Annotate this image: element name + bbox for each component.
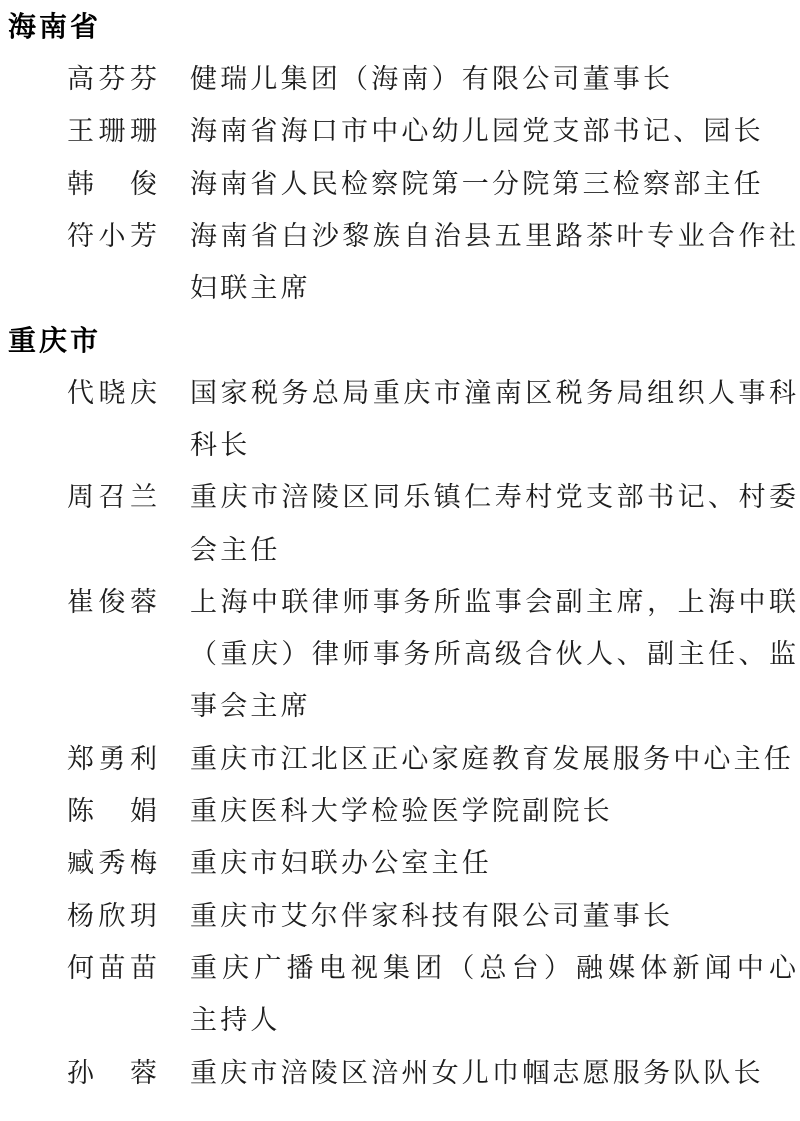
person-title-line: （重庆）律师事务所高级合伙人、副主任、监 (190, 639, 796, 670)
person-title-line: 重庆市涪陵区同乐镇仁寿村党支部书记、村委 (190, 482, 796, 513)
person-name: 周召兰 (67, 484, 157, 511)
person-title-line: 重庆市妇联办公室主任 (190, 848, 796, 879)
list-row: 主持人 (0, 995, 800, 1047)
person-name: 代晓庆 (67, 380, 157, 407)
list-row: 崔俊蓉上海中联律师事务所监事会副主席，上海中联 (0, 576, 800, 628)
person-name: 杨欣玥 (67, 903, 157, 930)
person-name: 王珊珊 (67, 118, 157, 145)
person-name: 韩俊 (67, 171, 157, 198)
person-title-line: 会主任 (190, 535, 796, 566)
person-name: 陈娟 (67, 798, 157, 825)
list-row: 妇联主席 (0, 262, 800, 314)
province-header: 重庆市 (8, 327, 101, 355)
person-title-line: 事会主席 (190, 691, 796, 722)
list-row: 陈娟重庆医科大学检验医学院副院长 (0, 785, 800, 837)
person-title-line: 重庆市涪陵区涪州女儿巾帼志愿服务队队长 (190, 1058, 796, 1089)
person-title-line: 主持人 (190, 1005, 796, 1036)
person-name: 郑勇利 (67, 746, 157, 773)
document-page: 海南省高芬芬健瑞儿集团（海南）有限公司董事长王珊珊海南省海口市中心幼儿园党支部书… (0, 0, 800, 1121)
list-row: 符小芳海南省白沙黎族自治县五里路茶叶专业合作社 (0, 210, 800, 262)
person-name: 崔俊蓉 (67, 589, 157, 616)
province-header: 海南省 (8, 13, 101, 41)
section-row: 重庆市 (0, 315, 800, 367)
list-row: 臧秀梅重庆市妇联办公室主任 (0, 838, 800, 890)
list-row: 会主任 (0, 524, 800, 576)
list-row: 韩俊海南省人民检察院第一分院第三检察部主任 (0, 158, 800, 210)
list-row: 孙蓉重庆市涪陵区涪州女儿巾帼志愿服务队队长 (0, 1047, 800, 1099)
person-title-line: 科长 (190, 430, 796, 461)
person-title-line: 健瑞儿集团（海南）有限公司董事长 (190, 64, 796, 95)
list-row: 代晓庆国家税务总局重庆市潼南区税务局组织人事科 (0, 367, 800, 419)
person-name: 臧秀梅 (67, 850, 157, 877)
list-row: 何苗苗重庆广播电视集团（总台）融媒体新闻中心 (0, 942, 800, 994)
person-title-line: 海南省海口市中心幼儿园党支部书记、园长 (190, 116, 796, 147)
honor-roll-list: 海南省高芬芬健瑞儿集团（海南）有限公司董事长王珊珊海南省海口市中心幼儿园党支部书… (0, 1, 800, 1099)
person-name: 孙蓉 (67, 1060, 157, 1087)
person-title-line: 上海中联律师事务所监事会副主席，上海中联 (190, 587, 796, 618)
person-title-line: 重庆市江北区正心家庭教育发展服务中心主任 (190, 744, 796, 775)
person-title-line: 重庆市艾尔伴家科技有限公司董事长 (190, 901, 796, 932)
person-name: 符小芳 (67, 223, 157, 250)
list-row: 事会主席 (0, 681, 800, 733)
section-row: 海南省 (0, 1, 800, 53)
person-title-line: 国家税务总局重庆市潼南区税务局组织人事科 (190, 378, 796, 409)
list-row: 郑勇利重庆市江北区正心家庭教育发展服务中心主任 (0, 733, 800, 785)
list-row: 杨欣玥重庆市艾尔伴家科技有限公司董事长 (0, 890, 800, 942)
person-name: 何苗苗 (67, 955, 157, 982)
list-row: 科长 (0, 419, 800, 471)
list-row: （重庆）律师事务所高级合伙人、副主任、监 (0, 629, 800, 681)
list-row: 周召兰重庆市涪陵区同乐镇仁寿村党支部书记、村委 (0, 472, 800, 524)
person-title-line: 海南省人民检察院第一分院第三检察部主任 (190, 169, 796, 200)
list-row: 高芬芬健瑞儿集团（海南）有限公司董事长 (0, 53, 800, 105)
list-row: 王珊珊海南省海口市中心幼儿园党支部书记、园长 (0, 106, 800, 158)
person-title-line: 重庆广播电视集团（总台）融媒体新闻中心 (190, 953, 796, 984)
person-name: 高芬芬 (67, 66, 157, 93)
person-title-line: 妇联主席 (190, 273, 796, 304)
person-title-line: 重庆医科大学检验医学院副院长 (190, 796, 796, 827)
person-title-line: 海南省白沙黎族自治县五里路茶叶专业合作社 (190, 221, 796, 252)
